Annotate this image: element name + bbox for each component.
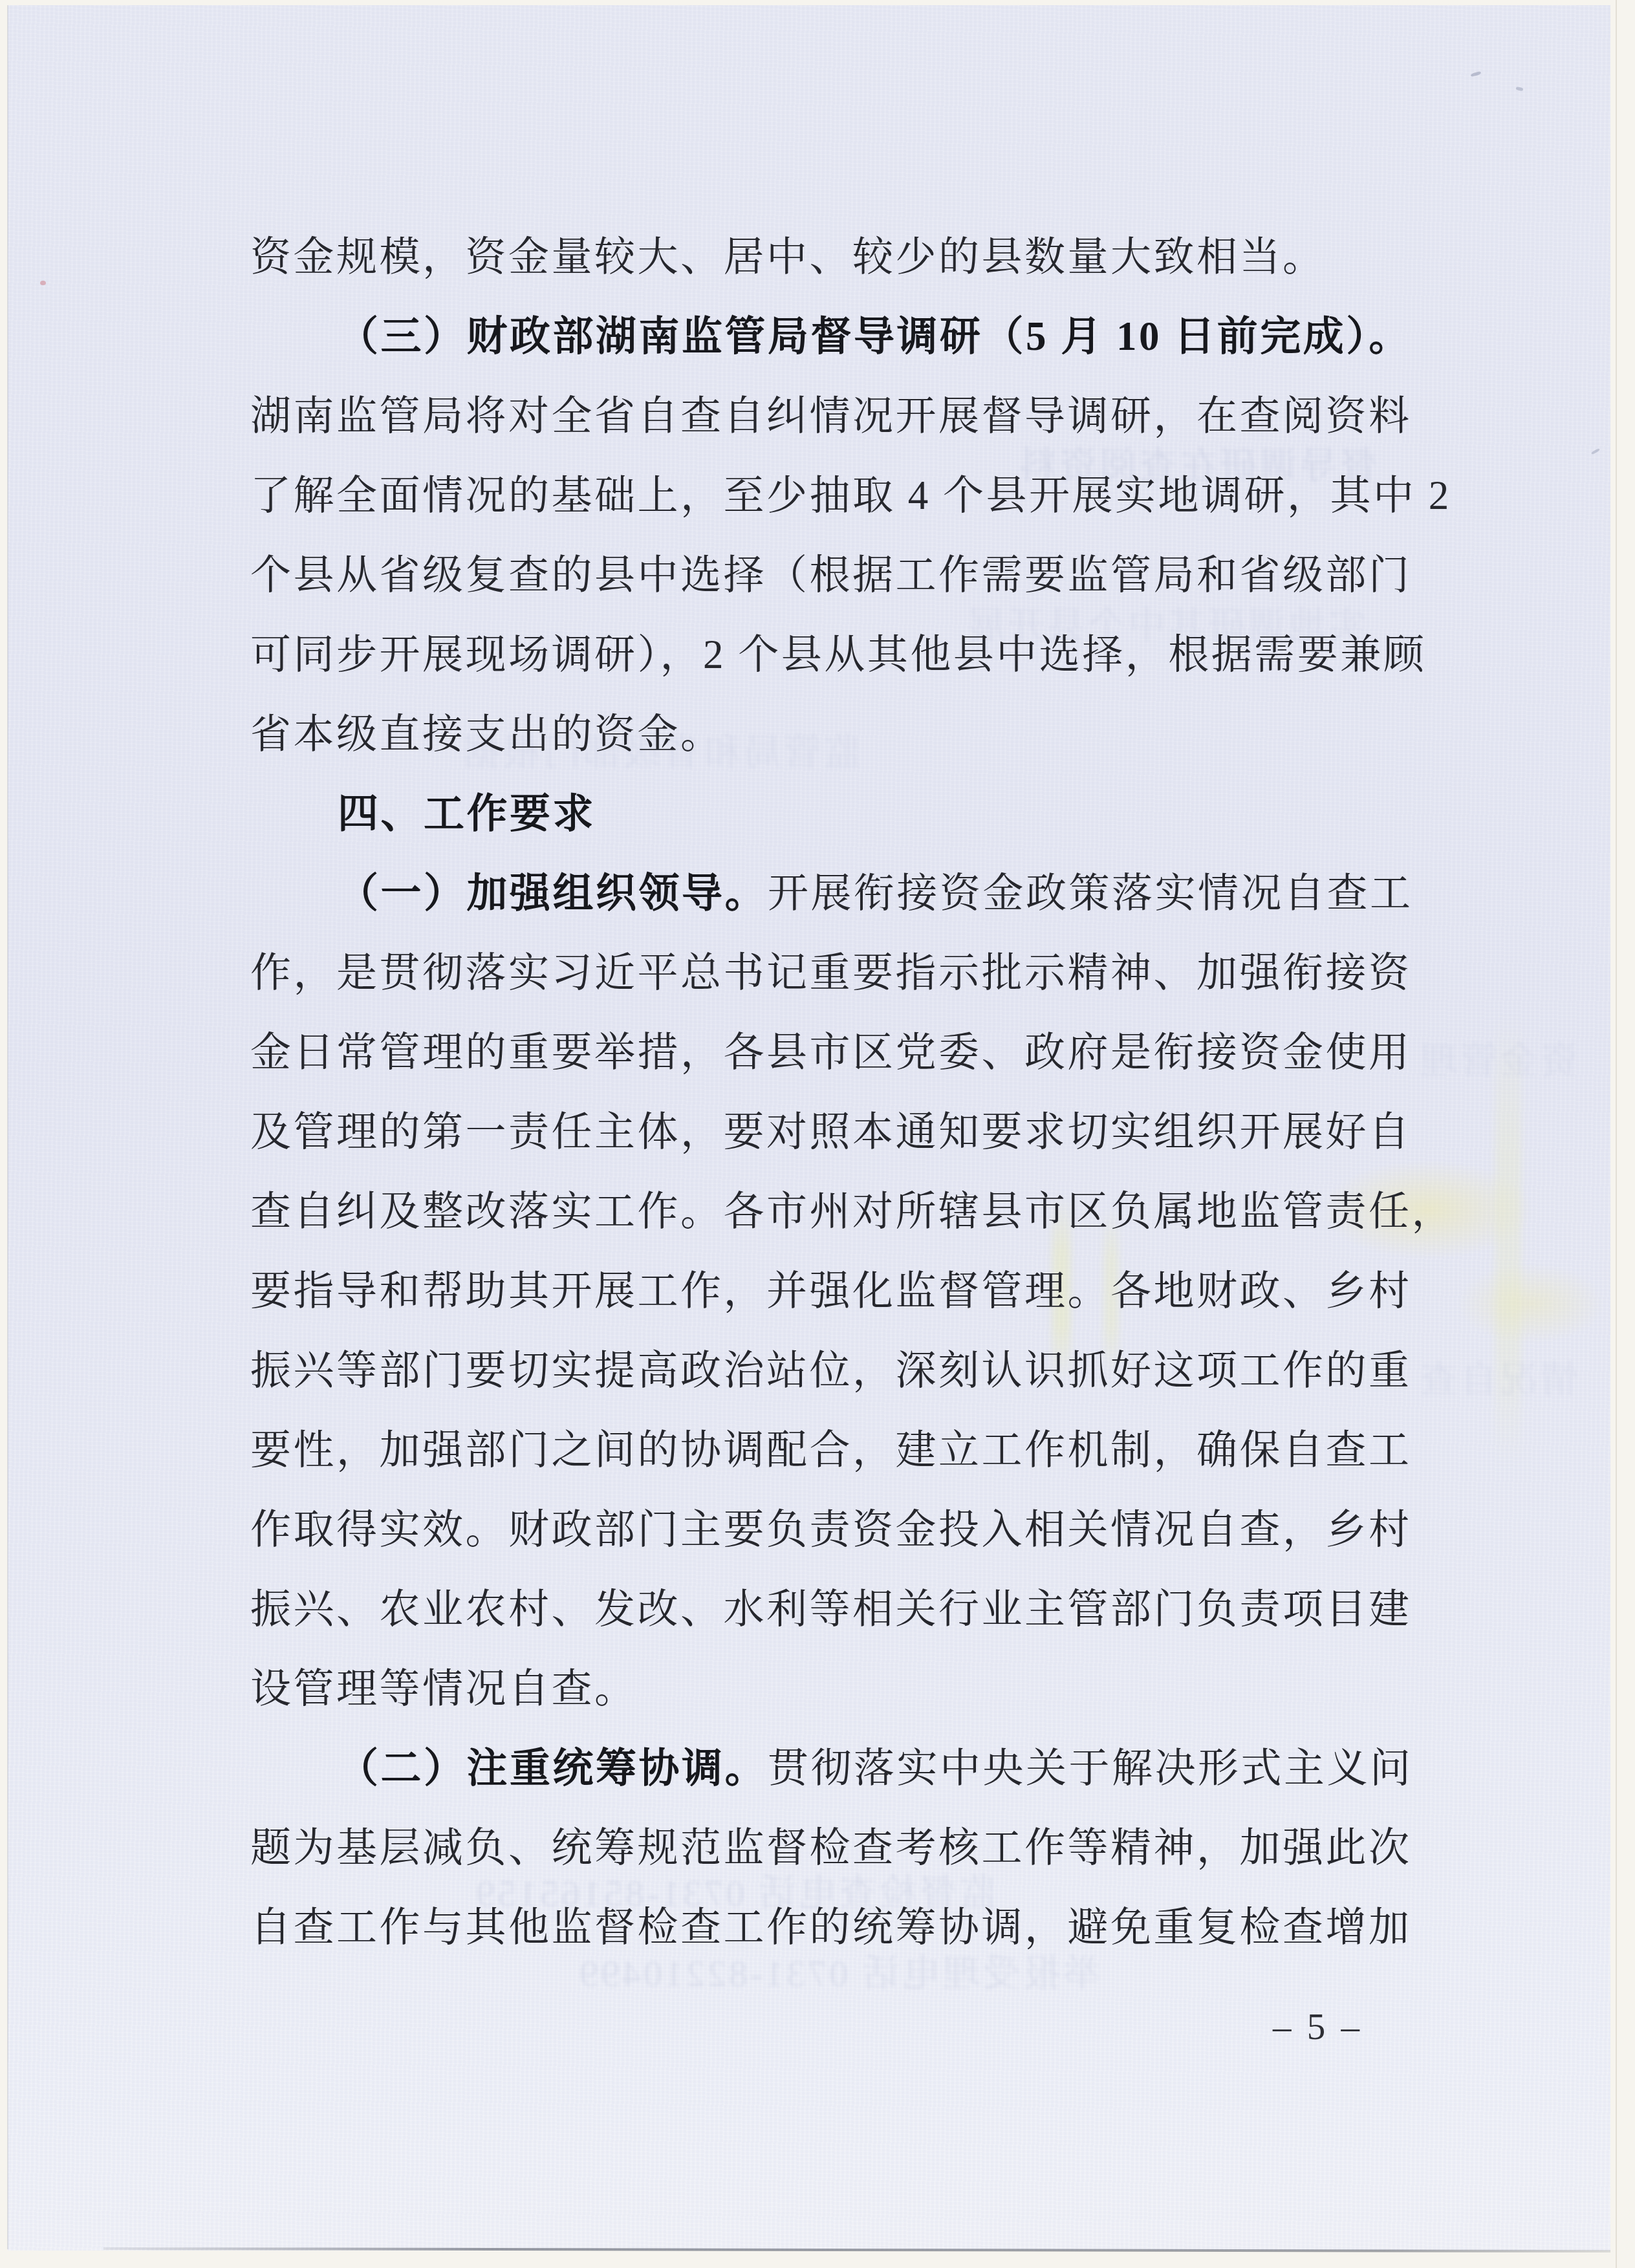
ink-speck <box>1591 448 1600 455</box>
page-number: – 5 – <box>1273 2006 1363 2048</box>
text-line: 个县从省级复查的县中选择（根据工作需要监管局和省级部门 <box>250 551 1412 599</box>
yellow-stain <box>1456 1263 1605 1344</box>
text-line: 省本级直接支出的资金。 <box>250 710 724 758</box>
yellow-streak <box>1495 1014 1521 1467</box>
scan-background: { "page": { "number_label": "– 5 –" }, "… <box>0 0 1635 2268</box>
text-line: 作取得实效。财政部门主要负责资金投入相关情况自查，乡村 <box>250 1506 1412 1553</box>
text-line: 振兴等部门要切实提高政治站位，深刻认识抓好这项工作的重 <box>250 1346 1412 1394</box>
text-line: 题为基层减负、统筹规范监督检查考核工作等精神，加强此次 <box>250 1824 1412 1872</box>
paper-left-edge <box>7 5 8 2249</box>
ink-speck <box>40 281 46 285</box>
text-line: 振兴、农业农村、发改、水利等相关行业主管部门负责项目建 <box>250 1585 1412 1633</box>
document-page: 督导调研在查阅资料 实地调研其中个县开展 监管局和省级部门根据 监督检查电话 0… <box>8 5 1610 2251</box>
bleedthrough-text: 资金管理 <box>1418 1030 1578 1085</box>
text-line: 查自纠及整改落实工作。各市州对所辖县市区负属地监管责任， <box>250 1187 1455 1235</box>
text-line: 资金规模，资金量较大、居中、较少的县数量大致相当。 <box>250 233 1326 281</box>
text-line-heading-1: （一）加强组织领导。开展衔接资金政策落实情况自查工 <box>338 869 1413 917</box>
text-line: 湖南监管局将对全省自查自纠情况开展督导调研，在查阅资料 <box>250 392 1412 440</box>
text-line: 设管理等情况自查。 <box>250 1665 638 1712</box>
text-line: 了解全面情况的基础上，至少抽取 4 个县开展实地调研，其中 2 <box>250 471 1451 519</box>
text-line: 及管理的第一责任主体，要对照本通知要求切实组织开展好自 <box>250 1108 1412 1156</box>
text-line: 自查工作与其他监督检查工作的统筹协调，避免重复检查增加 <box>250 1903 1412 1951</box>
text-line-heading-3: （三）财政部湖南监管局督导调研（5 月 10 日前完成）。 <box>338 312 1412 360</box>
text-line-heading-2: （二）注重统筹协调。贯彻落实中央关于解决形式主义问 <box>338 1744 1413 1792</box>
text-line: 要指导和帮助其开展工作，并强化监督管理。各地财政、乡村 <box>250 1267 1412 1315</box>
text-line: 要性，加强部门之间的协调配合，建立工作机制，确保自查工 <box>250 1426 1412 1474</box>
ink-speck <box>1471 71 1482 78</box>
ink-speck <box>1516 87 1524 91</box>
text-line: 可同步开展现场调研），2 个县从其他县中选择，根据需要兼顾 <box>250 631 1426 678</box>
section-heading-4: 四、工作要求 <box>338 790 596 837</box>
text-line: 金日常管理的重要举措，各县市区党委、政府是衔接资金使用 <box>250 1028 1412 1076</box>
text-line: 作，是贯彻落实习近平总书记重要指示批示精神、加强衔接资 <box>250 949 1412 997</box>
scan-edge-seam <box>1616 0 1617 2268</box>
bleedthrough-text: 情况自查 <box>1418 1349 1578 1403</box>
